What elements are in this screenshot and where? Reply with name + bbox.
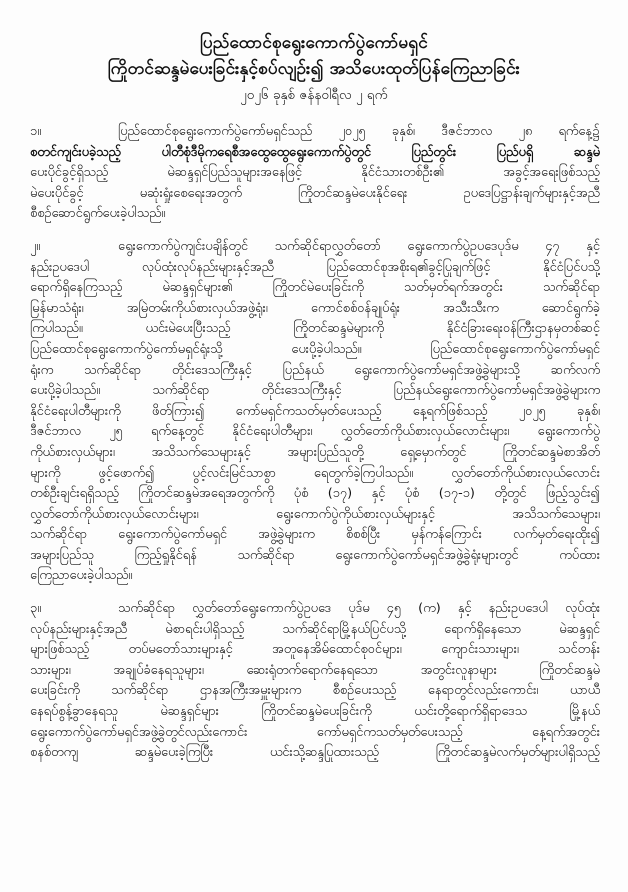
paragraph-line: ၁။ပြည်ထောင်စုရွေးကောက်ပွဲကော်မရှင်သည် ၂၀… [30,122,600,143]
paragraph-line: ၃။သက်ဆိုင်ရာ လွှတ်တော်ရွေးကောက်ပွဲဥပဒေ ပ… [30,599,600,620]
paragraph-line: ပြည်ထောင်စုရွေးကောက်ပွဲကော်မရှင်ရုံးသို့… [30,340,600,361]
paragraph-line: ပေးပိုင်ခွင့်ရှိသည့် မဲဆန္ဒရှင်ပြည်သူမျာ… [30,163,600,184]
paragraph-line: ပေးပို့ခဲ့ပါသည်။ သက်ဆိုင်ရာ တိုင်းဒေသကြီ… [30,381,600,402]
paragraph-1: ၁။ပြည်ထောင်စုရွေးကောက်ပွဲကော်မရှင်သည် ၂၀… [60,122,600,225]
paragraph-line: ပေးခြင်းကို သက်ဆိုင်ရာ ဌာနအကြီးအမှူးများ… [30,681,600,702]
paragraph-line: မြန်မာသံရုံး၊ အမြဲတမ်းကိုယ်စားလှယ်အဖွဲ့ရ… [30,299,600,320]
paragraph-line: လွှတ်တော်ကိုယ်စားလှယ်လောင်းများ၊ ရွေးကော… [30,505,600,526]
paragraph-line: ရုံးက သက်ဆိုင်ရာ တိုင်းဒေသကြီးနှင့် ပြည်… [30,361,600,382]
paragraph-line: ရောက်ရှိနေကြသည့် မဲဆန္ဒရှင်များ၏ ကြိုတင်… [30,278,600,299]
paragraph-line: စနစ်တကျ ဆန္ဒမဲပေးခဲ့ကြပြီး ယင်းသို့ဆန္ဒပ… [30,743,600,764]
document-date: ၂၀၂၆ ခုနှစ် ဇန်နဝါရီလ ၂ ရက် [0,84,628,106]
title-line-2: ကြိုတင်ဆန္ဒမဲပေးခြင်းနှင့်စပ်လျဉ်း၍ အသိပ… [0,56,628,82]
paragraph-line: နိုင်ငံရေးပါတီများကို ဖိတ်ကြား၍ ကော်မရှင… [30,402,600,423]
paragraph-line: စီစဉ်ဆောင်ရွက်ပေးခဲ့ပါသည်။ [30,204,600,225]
paragraph-line: လုပ်နည်းများနှင့်အညီ မဲစာရင်းပါရှိသည့် သ… [30,620,600,641]
paragraph-line: နေရပ်စွန့်ခွာနေရသူ မဲဆန္ဒရှင်များ ကြိုတင… [30,702,600,723]
paragraph-line: ရွေးကောက်ပွဲကော်မရှင်အဖွဲ့ခွဲတွင်လည်းကော… [30,723,600,744]
paragraph-line: သက်ဆိုင်ရာ ရွေးကောက်ပွဲကော်မရှင် အဖွဲ့ခွ… [30,525,600,546]
paragraph-number: ၂။ [30,237,118,258]
paragraph-line: သားများ၊ အချုပ်ခံနေရသူများ၊ ဆေးရုံတက်ရော… [30,661,600,682]
paragraph-line: မဲပေးပိုင်ခွင့် မဆုံးရှုံးစေရေးအတွက် ကြိ… [30,184,600,205]
paragraph-line: ကြပါသည်။ ယင်းမဲပေးပြီးသည့် ကြိုတင်ဆန္ဒမဲ… [30,319,600,340]
paragraph-line: ၂။ရွေးကောက်ပွဲကျင်းပချိန်တွင် သက်ဆိုင်ရာ… [30,237,600,258]
document-body: ၁။ပြည်ထောင်စုရွေးကောက်ပွဲကော်မရှင်သည် ၂၀… [60,122,600,776]
paragraph-line: အများပြည်သူ ကြည့်ရှုနိုင်ရန် သက်ဆိုင်ရာ … [30,546,600,567]
title-line-1: ပြည်ထောင်စုရွေးကောက်ပွဲကော်မရှင် [0,30,628,56]
document-page: ပြည်ထောင်စုရွေးကောက်ပွဲကော်မရှင် ကြိုတင်… [0,0,628,892]
paragraph-3: ၃။သက်ဆိုင်ရာ လွှတ်တော်ရွေးကောက်ပွဲဥပဒေ ပ… [60,599,600,764]
paragraph-number: ၁။ [30,122,118,143]
paragraph-line: ကိုယ်စားလှယ်များ၊ အသိသက်သေများနှင့် အမျာ… [30,443,600,464]
paragraph-line: စတင်ကျင်းပခဲ့သည့် ပါတီစုံဒီမိုကရေစီအထွေထ… [30,143,600,164]
paragraph-2: ၂။ရွေးကောက်ပွဲကျင်းပချိန်တွင် သက်ဆိုင်ရာ… [60,237,600,587]
document-header: ပြည်ထောင်စုရွေးကောက်ပွဲကော်မရှင် ကြိုတင်… [0,30,628,106]
paragraph-line: ဒီဇင်ဘာလ ၂၅ ရက်နေ့တွင် နိုင်ငံရေးပါတီမျာ… [30,422,600,443]
paragraph-line: တစ်ဦးချင်းရရှိသည့် ကြိုတင်ဆန္ဒမဲအရေအတွက်… [30,484,600,505]
paragraph-line: များကို ဖွင့်ဖောက်၍ ပွင့်လင်းမြင်သာစွာ ရ… [30,464,600,485]
paragraph-number: ၃။ [30,599,118,620]
paragraph-line: နည်းဥပဒေပါ လုပ်ထုံးလုပ်နည်းများနှင့်အညီ … [30,258,600,279]
paragraph-line: များဖြစ်သည့် တပ်မတော်သားများနှင့် အတူနေအ… [30,640,600,661]
paragraph-line: ကြေညာပေးခဲ့ပါသည်။ [30,566,600,587]
